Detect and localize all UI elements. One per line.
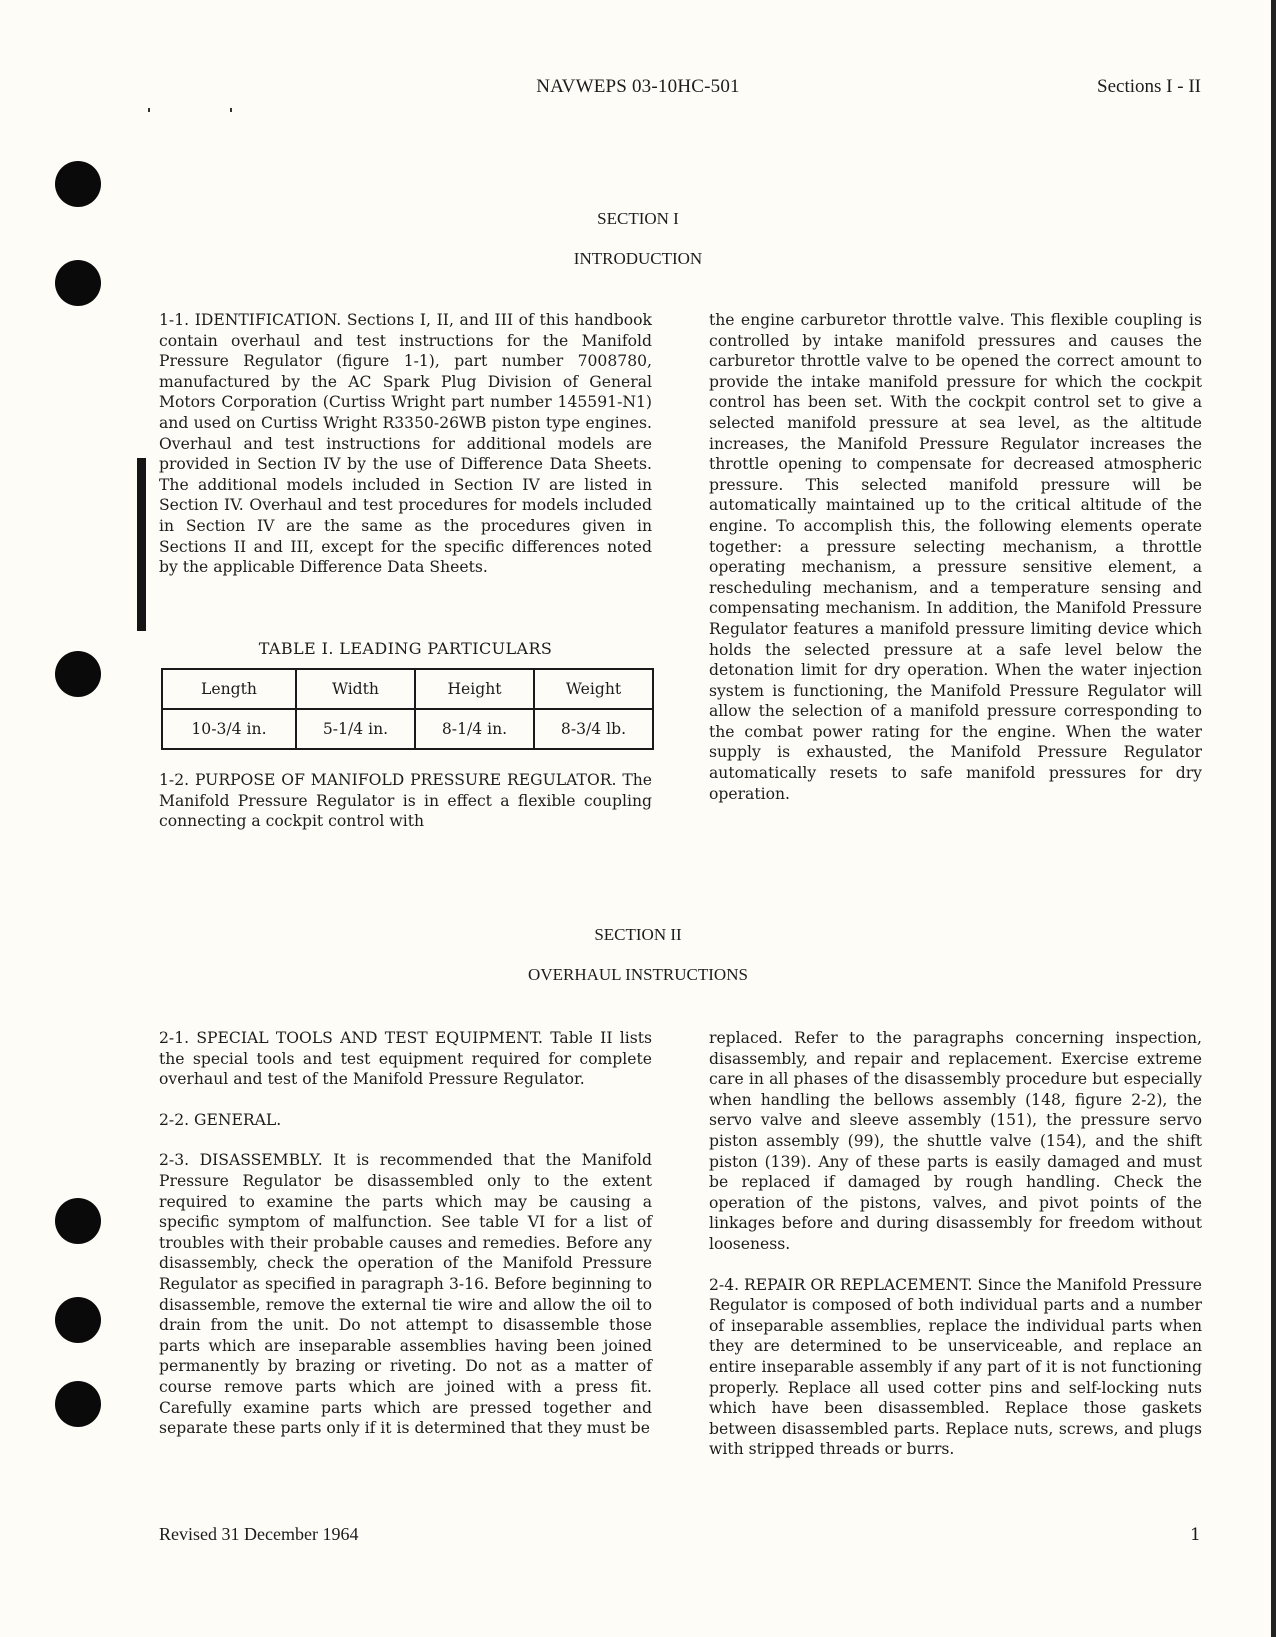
table-header-row: Length Width Height Weight [162,669,653,709]
right-column-section-2: replaced. Refer to the paragraphs concer… [709,1028,1202,1480]
section-range: Sections I - II [1097,76,1201,98]
table-header-weight: Weight [534,669,653,709]
binder-hole-1 [55,161,101,207]
page-number: 1 [1190,1525,1201,1545]
binder-hole-5 [55,1297,101,1343]
table-cell-weight: 8-3/4 lb. [534,709,653,749]
binder-hole-3 [55,651,101,697]
scan-speck [148,108,150,112]
table-cell-width: 5-1/4 in. [296,709,415,749]
table-header-width: Width [296,669,415,709]
left-column-section-2: 2-1. SPECIAL TOOLS AND TEST EQUIPMENT. T… [159,1028,652,1459]
binder-hole-6 [55,1381,101,1427]
revision-date: Revised 31 December 1964 [159,1524,358,1545]
left-column-section-1: 1-1. IDENTIFICATION. Sections I, II, and… [159,310,652,598]
paragraph-2-3-continued: replaced. Refer to the paragraphs concer… [709,1028,1202,1255]
section-1-title: SECTION I [0,209,1276,229]
table-row: 10-3/4 in. 5-1/4 in. 8-1/4 in. 8-3/4 lb. [162,709,653,749]
table-1-title: TABLE I. LEADING PARTICULARS [159,639,652,658]
revision-change-bar [137,458,146,631]
document-number: NAVWEPS 03-10HC-501 [0,76,1276,98]
table-header-height: Height [415,669,534,709]
paragraph-2-2: 2-2. GENERAL. [159,1110,652,1131]
table-cell-length: 10-3/4 in. [162,709,296,749]
section-2-title: SECTION II [0,925,1276,945]
paragraph-2-4: 2-4. REPAIR OR REPLACEMENT. Since the Ma… [709,1275,1202,1460]
left-column-para-1-2: 1-2. PURPOSE OF MANIFOLD PRESSURE REGULA… [159,770,652,852]
page-edge-shadow [1271,0,1276,1637]
table-header-length: Length [162,669,296,709]
paragraph-1-1: 1-1. IDENTIFICATION. Sections I, II, and… [159,310,652,578]
section-1-subtitle: INTRODUCTION [0,249,1276,269]
right-column-section-1: the engine carburetor throttle valve. Th… [709,310,1202,824]
paragraph-1-2-start: 1-2. PURPOSE OF MANIFOLD PRESSURE REGULA… [159,770,652,832]
paragraph-1-2-continued: the engine carburetor throttle valve. Th… [709,310,1202,804]
leading-particulars-table: Length Width Height Weight 10-3/4 in. 5-… [161,668,654,750]
binder-hole-4 [55,1198,101,1244]
scan-speck [230,108,232,112]
paragraph-2-3-start: 2-3. DISASSEMBLY. It is recommended that… [159,1150,652,1438]
section-2-subtitle: OVERHAUL INSTRUCTIONS [0,965,1276,985]
paragraph-2-1: 2-1. SPECIAL TOOLS AND TEST EQUIPMENT. T… [159,1028,652,1090]
table-cell-height: 8-1/4 in. [415,709,534,749]
